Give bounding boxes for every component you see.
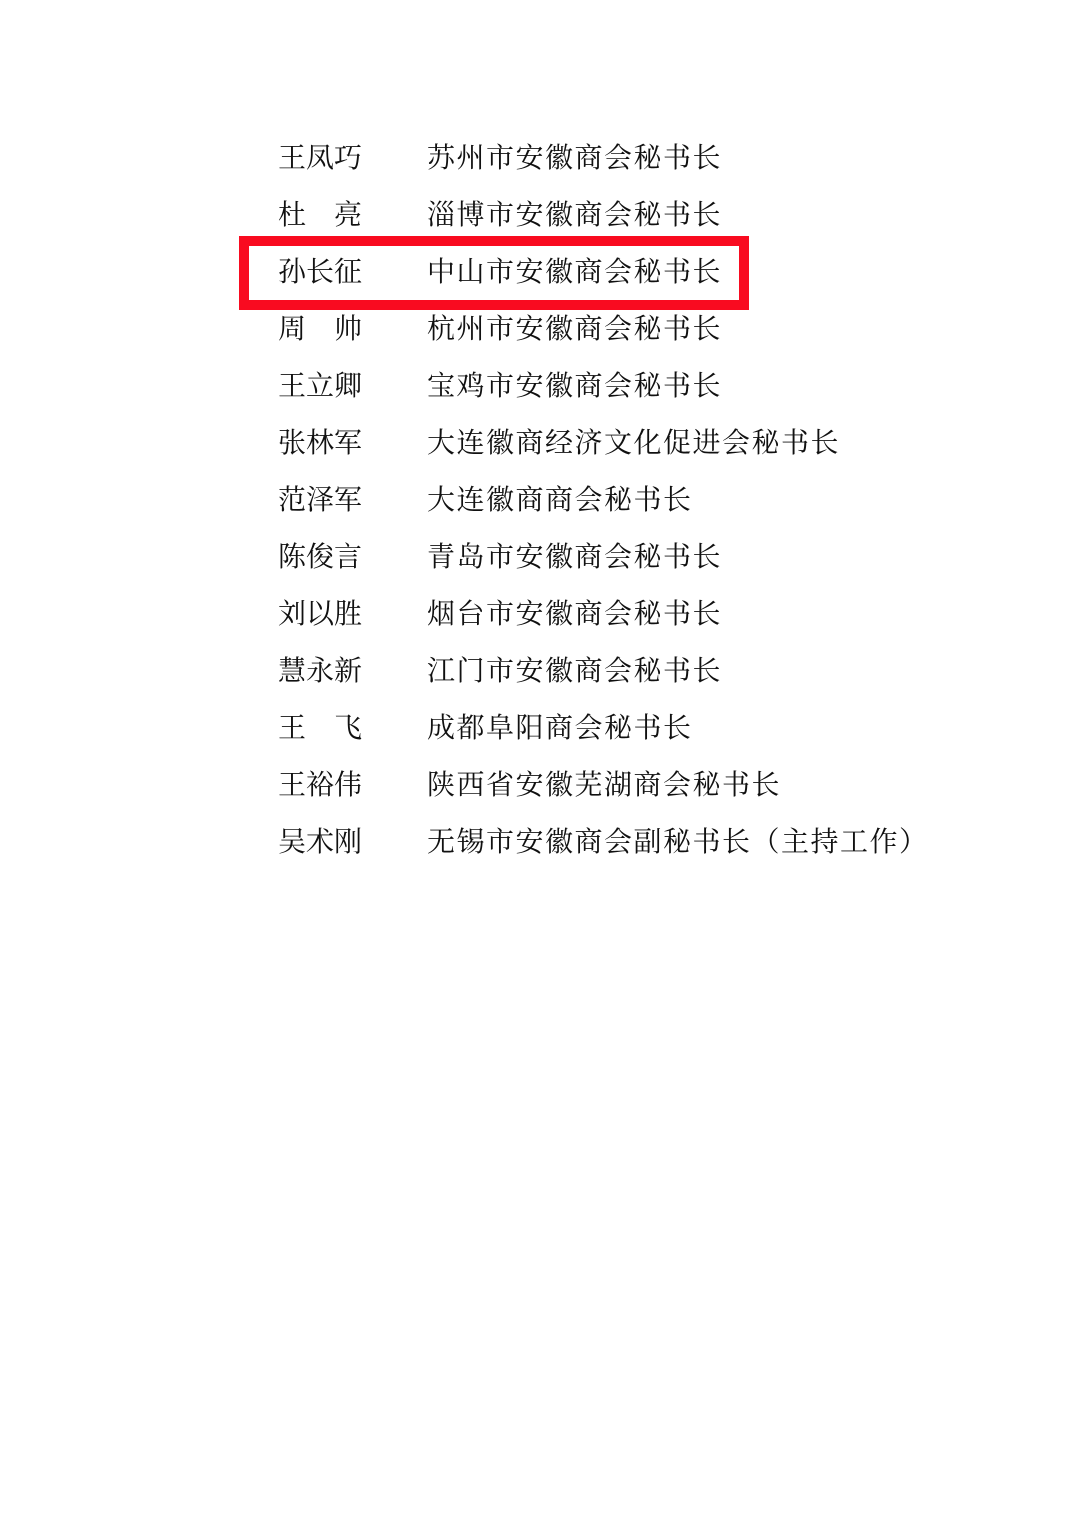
person-name: 王裕伟 (278, 757, 420, 814)
person-name: 杜 亮 (278, 187, 420, 244)
document-page: 王凤巧 苏州市安徽商会秘书长 杜 亮 淄博市安徽商会秘书长 孙长征 中山市安徽商… (0, 0, 1080, 1527)
person-name: 王凤巧 (278, 130, 420, 187)
roster-row: 范泽军 大连徽商商会秘书长 (0, 472, 1080, 529)
roster-row: 王 飞 成都阜阳商会秘书长 (0, 700, 1080, 757)
person-title: 江门市安徽商会秘书长 (427, 643, 722, 700)
person-title: 成都阜阳商会秘书长 (427, 700, 693, 757)
person-title: 青岛市安徽商会秘书长 (427, 529, 722, 586)
person-name: 王 飞 (278, 700, 420, 757)
roster-row: 陈俊言 青岛市安徽商会秘书长 (0, 529, 1080, 586)
person-name: 张林军 (278, 415, 420, 472)
roster-row: 王立卿 宝鸡市安徽商会秘书长 (0, 358, 1080, 415)
person-name: 慧永新 (278, 643, 420, 700)
person-title: 中山市安徽商会秘书长 (427, 244, 722, 301)
roster-row: 孙长征 中山市安徽商会秘书长 (0, 244, 1080, 301)
person-title: 淄博市安徽商会秘书长 (427, 187, 722, 244)
roster-row: 王裕伟 陕西省安徽芜湖商会秘书长 (0, 757, 1080, 814)
roster: 王凤巧 苏州市安徽商会秘书长 杜 亮 淄博市安徽商会秘书长 孙长征 中山市安徽商… (0, 130, 1080, 871)
roster-row: 周 帅 杭州市安徽商会秘书长 (0, 301, 1080, 358)
person-name: 刘以胜 (278, 586, 420, 643)
person-name: 孙长征 (278, 244, 420, 301)
person-title: 苏州市安徽商会秘书长 (427, 130, 722, 187)
person-title: 杭州市安徽商会秘书长 (427, 301, 722, 358)
person-title: 大连徽商经济文化促进会秘书长 (427, 415, 840, 472)
roster-row: 王凤巧 苏州市安徽商会秘书长 (0, 130, 1080, 187)
person-name: 周 帅 (278, 301, 420, 358)
person-name: 吴术刚 (278, 814, 420, 871)
roster-row: 慧永新 江门市安徽商会秘书长 (0, 643, 1080, 700)
roster-row: 吴术刚 无锡市安徽商会副秘书长（主持工作） (0, 814, 1080, 871)
person-title: 烟台市安徽商会秘书长 (427, 586, 722, 643)
person-title: 大连徽商商会秘书长 (427, 472, 693, 529)
person-name: 王立卿 (278, 358, 420, 415)
roster-row: 刘以胜 烟台市安徽商会秘书长 (0, 586, 1080, 643)
roster-row: 张林军 大连徽商经济文化促进会秘书长 (0, 415, 1080, 472)
person-title: 宝鸡市安徽商会秘书长 (427, 358, 722, 415)
person-name: 陈俊言 (278, 529, 420, 586)
person-title: 无锡市安徽商会副秘书长（主持工作） (427, 814, 929, 871)
person-name: 范泽军 (278, 472, 420, 529)
roster-row: 杜 亮 淄博市安徽商会秘书长 (0, 187, 1080, 244)
person-title: 陕西省安徽芜湖商会秘书长 (427, 757, 781, 814)
